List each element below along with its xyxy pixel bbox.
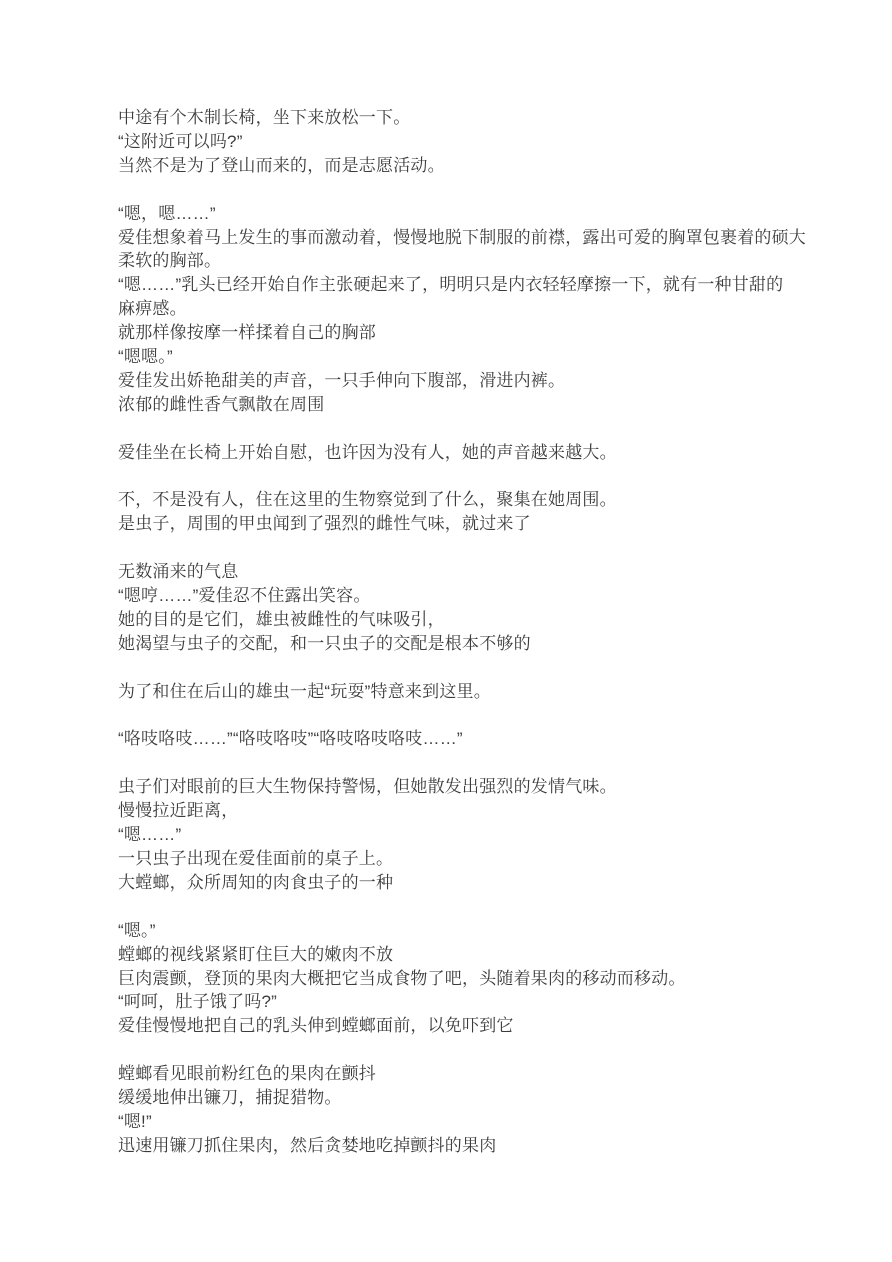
- text-line: 她的目的是它们，雄虫被雌性的气味吸引，: [118, 608, 802, 632]
- text-line: 她渴望与虫子的交配，和一只虫子的交配是根本不够的: [118, 632, 802, 656]
- paragraph: 虫子们对眼前的巨大生物保持警惕，但她散发出强烈的发情气味。 慢慢拉近距离， “嗯…: [118, 775, 802, 895]
- paragraph: 不，不是没有人，住在这里的生物察觉到了什么，聚集在她周围。 是虫子，周围的甲虫闻…: [118, 488, 802, 536]
- text-line: 麻痹感。: [118, 297, 802, 321]
- text-line: “嗯哼……”爱佳忍不住露出笑容。: [118, 584, 802, 608]
- paragraph: 螳螂看见眼前粉红色的果肉在颤抖 缓缓地伸出镰刀，捕捉猎物。 “嗯!” 迅速用镰刀…: [118, 1062, 802, 1158]
- text-line: “嗯!”: [118, 1110, 802, 1134]
- text-line: 大螳螂，众所周知的肉食虫子的一种: [118, 871, 802, 895]
- text-line: 为了和住在后山的雄虫一起“玩耍”特意来到这里。: [118, 680, 802, 704]
- text-column: 中途有个木制长椅，坐下来放松一下。 “这附近可以吗?” 当然不是为了登山而来的，…: [0, 0, 892, 1182]
- paragraph: “嗯。” 螳螂的视线紧紧盯住巨大的嫩肉不放 巨肉震颤，登顶的果肉大概把它当成食物…: [118, 919, 802, 1039]
- text-line: 中途有个木制长椅，坐下来放松一下。: [118, 106, 802, 130]
- text-line: 不，不是没有人，住在这里的生物察觉到了什么，聚集在她周围。: [118, 488, 802, 512]
- paragraph: 为了和住在后山的雄虫一起“玩耍”特意来到这里。: [118, 680, 802, 704]
- text-line: 爱佳发出娇艳甜美的声音，一只手伸向下腹部，滑进内裤。: [118, 369, 802, 393]
- paragraph: 无数涌来的气息 “嗯哼……”爱佳忍不住露出笑容。 她的目的是它们，雄虫被雌性的气…: [118, 560, 802, 656]
- text-line: 慢慢拉近距离，: [118, 799, 802, 823]
- document-page: 中途有个木制长椅，坐下来放松一下。 “这附近可以吗?” 当然不是为了登山而来的，…: [0, 0, 892, 1262]
- text-line: 爱佳慢慢地把自己的乳头伸到螳螂面前，以免吓到它: [118, 1014, 802, 1038]
- text-line: 巨肉震颤，登顶的果肉大概把它当成食物了吧，头随着果肉的移动而移动。: [118, 967, 802, 991]
- text-line: 爱佳坐在长椅上开始自慰，也许因为没有人，她的声音越来越大。: [118, 441, 802, 465]
- text-line: 螳螂的视线紧紧盯住巨大的嫩肉不放: [118, 943, 802, 967]
- text-line: 是虫子，周围的甲虫闻到了强烈的雌性气味，就过来了: [118, 512, 802, 536]
- text-line: “嗯，嗯……”: [118, 202, 802, 226]
- text-line: 当然不是为了登山而来的，而是志愿活动。: [118, 154, 802, 178]
- text-line: 虫子们对眼前的巨大生物保持警惕，但她散发出强烈的发情气味。: [118, 775, 802, 799]
- text-line: 就那样像按摩一样揉着自己的胸部: [118, 321, 802, 345]
- text-line: 无数涌来的气息: [118, 560, 802, 584]
- paragraph: 中途有个木制长椅，坐下来放松一下。 “这附近可以吗?” 当然不是为了登山而来的，…: [118, 106, 802, 178]
- text-line: 迅速用镰刀抓住果肉，然后贪婪地吃掉颤抖的果肉: [118, 1134, 802, 1158]
- text-line: “咯吱咯吱……”“咯吱咯吱”“咯吱咯吱咯吱……”: [118, 727, 802, 751]
- text-line: “嗯……”: [118, 823, 802, 847]
- text-line: “呵呵，肚子饿了吗?”: [118, 990, 802, 1014]
- text-line: “这附近可以吗?”: [118, 130, 802, 154]
- text-line: “嗯嗯。”: [118, 345, 802, 369]
- text-line: 爱佳想象着马上发生的事而激动着，慢慢地脱下制服的前襟，露出可爱的胸罩包裹着的硕大: [118, 226, 802, 250]
- text-line: 浓郁的雌性香气飘散在周围: [118, 393, 802, 417]
- text-line: “嗯……”乳头已经开始自作主张硬起来了，明明只是内衣轻轻摩擦一下，就有一种甘甜的: [118, 273, 802, 297]
- text-line: 柔软的胸部。: [118, 249, 802, 273]
- text-line: 一只虫子出现在爱佳面前的桌子上。: [118, 847, 802, 871]
- paragraph: “咯吱咯吱……”“咯吱咯吱”“咯吱咯吱咯吱……”: [118, 727, 802, 751]
- text-line: 螳螂看见眼前粉红色的果肉在颤抖: [118, 1062, 802, 1086]
- text-line: “嗯。”: [118, 919, 802, 943]
- text-line: 缓缓地伸出镰刀，捕捉猎物。: [118, 1086, 802, 1110]
- paragraph: 爱佳坐在长椅上开始自慰，也许因为没有人，她的声音越来越大。: [118, 441, 802, 465]
- paragraph: “嗯，嗯……” 爱佳想象着马上发生的事而激动着，慢慢地脱下制服的前襟，露出可爱的…: [118, 202, 802, 417]
